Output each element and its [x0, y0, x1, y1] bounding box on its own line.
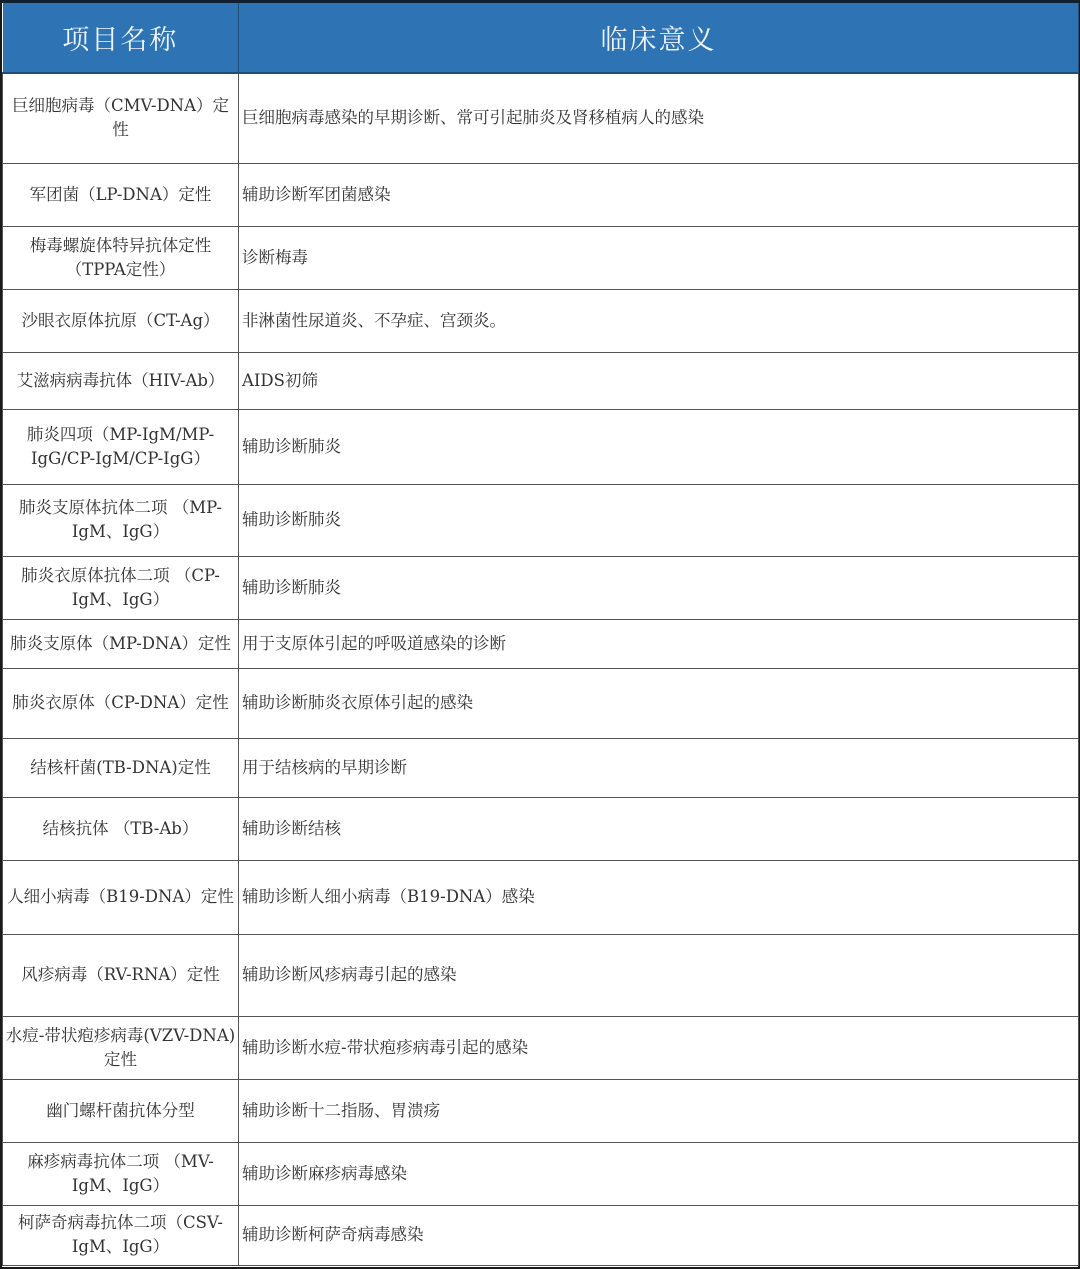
- clinical-significance: 辅助诊断肺炎: [239, 484, 1079, 556]
- table-row: 柯萨奇病毒抗体二项（CSV-IgM、IgG）辅助诊断柯萨奇病毒感染: [3, 1205, 1079, 1265]
- clinical-significance: 用于结核病的早期诊断: [239, 738, 1079, 797]
- table-row: 肺炎衣原体（CP-DNA）定性辅助诊断肺炎衣原体引起的感染: [3, 668, 1079, 738]
- clinical-significance: 辅助诊断结核: [239, 797, 1079, 860]
- clinical-significance: 巨细胞病毒感染的早期诊断、常可引起肺炎及肾移植病人的感染: [239, 73, 1079, 163]
- test-item-name: 柯萨奇病毒抗体二项（CSV-IgM、IgG）: [3, 1205, 239, 1265]
- test-item-name: 麻疹病毒抗体二项 （MV-IgM、IgG）: [3, 1142, 239, 1205]
- table-row: 人细小病毒（B19-DNA）定性辅助诊断人细小病毒（B19-DNA）感染: [3, 860, 1079, 934]
- test-item-name: 巨细胞病毒（CMV-DNA）定性: [3, 73, 239, 163]
- test-item-name: 肺炎支原体抗体二项 （MP-IgM、IgG）: [3, 484, 239, 556]
- test-item-name: 梅毒螺旋体特异抗体定性（TPPA定性）: [3, 226, 239, 289]
- clinical-significance: 辅助诊断肺炎: [239, 409, 1079, 484]
- clinical-significance: 辅助诊断麻疹病毒感染: [239, 1142, 1079, 1205]
- table-row: 巨细胞病毒（CMV-DNA）定性巨细胞病毒感染的早期诊断、常可引起肺炎及肾移植病…: [3, 73, 1079, 163]
- clinical-significance: 非淋菌性尿道炎、不孕症、宫颈炎。: [239, 289, 1079, 352]
- clinical-significance: 用于支原体引起的呼吸道感染的诊断: [239, 619, 1079, 668]
- table-frame: 项目名称 临床意义 巨细胞病毒（CMV-DNA）定性巨细胞病毒感染的早期诊断、常…: [0, 0, 1080, 1269]
- test-item-name: 水痘-带状疱疹病毒(VZV-DNA)定性: [3, 1016, 239, 1079]
- table-row: 幽门螺杆菌抗体分型辅助诊断十二指肠、胃溃疡: [3, 1079, 1079, 1142]
- clinical-significance: 辅助诊断十二指肠、胃溃疡: [239, 1079, 1079, 1142]
- table-row: 水痘-带状疱疹病毒(VZV-DNA)定性辅助诊断水痘-带状疱疹病毒引起的感染: [3, 1016, 1079, 1079]
- test-item-name: 结核抗体 （TB-Ab）: [3, 797, 239, 860]
- test-item-name: 肺炎衣原体（CP-DNA）定性: [3, 668, 239, 738]
- table-row: 麻疹病毒抗体二项 （MV-IgM、IgG）辅助诊断麻疹病毒感染: [3, 1142, 1079, 1205]
- table-row: 结核抗体 （TB-Ab）辅助诊断结核: [3, 797, 1079, 860]
- test-item-name: 结核杆菌(TB-DNA)定性: [3, 738, 239, 797]
- test-item-name: 沙眼衣原体抗原（CT-Ag）: [3, 289, 239, 352]
- clinical-significance: 辅助诊断柯萨奇病毒感染: [239, 1205, 1079, 1265]
- table-row: 风疹病毒（RV-RNA）定性辅助诊断风疹病毒引起的感染: [3, 934, 1079, 1016]
- clinical-significance: 辅助诊断肺炎衣原体引起的感染: [239, 668, 1079, 738]
- clinical-significance: AIDS初筛: [239, 352, 1079, 409]
- test-item-name: 肺炎衣原体抗体二项 （CP-IgM、IgG）: [3, 556, 239, 619]
- test-item-name: 军团菌（LP-DNA）定性: [3, 163, 239, 226]
- table-row: 肺炎衣原体抗体二项 （CP-IgM、IgG）辅助诊断肺炎: [3, 556, 1079, 619]
- table-row: 军团菌（LP-DNA）定性辅助诊断军团菌感染: [3, 163, 1079, 226]
- clinical-significance: 辅助诊断人细小病毒（B19-DNA）感染: [239, 860, 1079, 934]
- test-item-name: 风疹病毒（RV-RNA）定性: [3, 934, 239, 1016]
- clinical-significance: 辅助诊断风疹病毒引起的感染: [239, 934, 1079, 1016]
- table-body: 巨细胞病毒（CMV-DNA）定性巨细胞病毒感染的早期诊断、常可引起肺炎及肾移植病…: [3, 73, 1079, 1265]
- column-header-significance: 临床意义: [239, 3, 1079, 73]
- clinical-significance: 诊断梅毒: [239, 226, 1079, 289]
- test-item-name: 艾滋病病毒抗体（HIV-Ab）: [3, 352, 239, 409]
- table-row: 艾滋病病毒抗体（HIV-Ab）AIDS初筛: [3, 352, 1079, 409]
- column-header-name: 项目名称: [3, 3, 239, 73]
- table-row: 沙眼衣原体抗原（CT-Ag）非淋菌性尿道炎、不孕症、宫颈炎。: [3, 289, 1079, 352]
- table-row: 结核杆菌(TB-DNA)定性用于结核病的早期诊断: [3, 738, 1079, 797]
- table-header-row: 项目名称 临床意义: [3, 3, 1079, 73]
- test-item-name: 幽门螺杆菌抗体分型: [3, 1079, 239, 1142]
- table-row: 肺炎四项（MP-IgM/MP-IgG/CP-IgM/CP-IgG）辅助诊断肺炎: [3, 409, 1079, 484]
- clinical-significance: 辅助诊断军团菌感染: [239, 163, 1079, 226]
- clinical-significance: 辅助诊断肺炎: [239, 556, 1079, 619]
- table-row: 肺炎支原体抗体二项 （MP-IgM、IgG）辅助诊断肺炎: [3, 484, 1079, 556]
- test-item-name: 人细小病毒（B19-DNA）定性: [3, 860, 239, 934]
- test-item-name: 肺炎支原体（MP-DNA）定性: [3, 619, 239, 668]
- clinical-significance: 辅助诊断水痘-带状疱疹病毒引起的感染: [239, 1016, 1079, 1079]
- clinical-significance-table: 项目名称 临床意义 巨细胞病毒（CMV-DNA）定性巨细胞病毒感染的早期诊断、常…: [2, 3, 1079, 1266]
- table-row: 梅毒螺旋体特异抗体定性（TPPA定性）诊断梅毒: [3, 226, 1079, 289]
- table-row: 肺炎支原体（MP-DNA）定性用于支原体引起的呼吸道感染的诊断: [3, 619, 1079, 668]
- test-item-name: 肺炎四项（MP-IgM/MP-IgG/CP-IgM/CP-IgG）: [3, 409, 239, 484]
